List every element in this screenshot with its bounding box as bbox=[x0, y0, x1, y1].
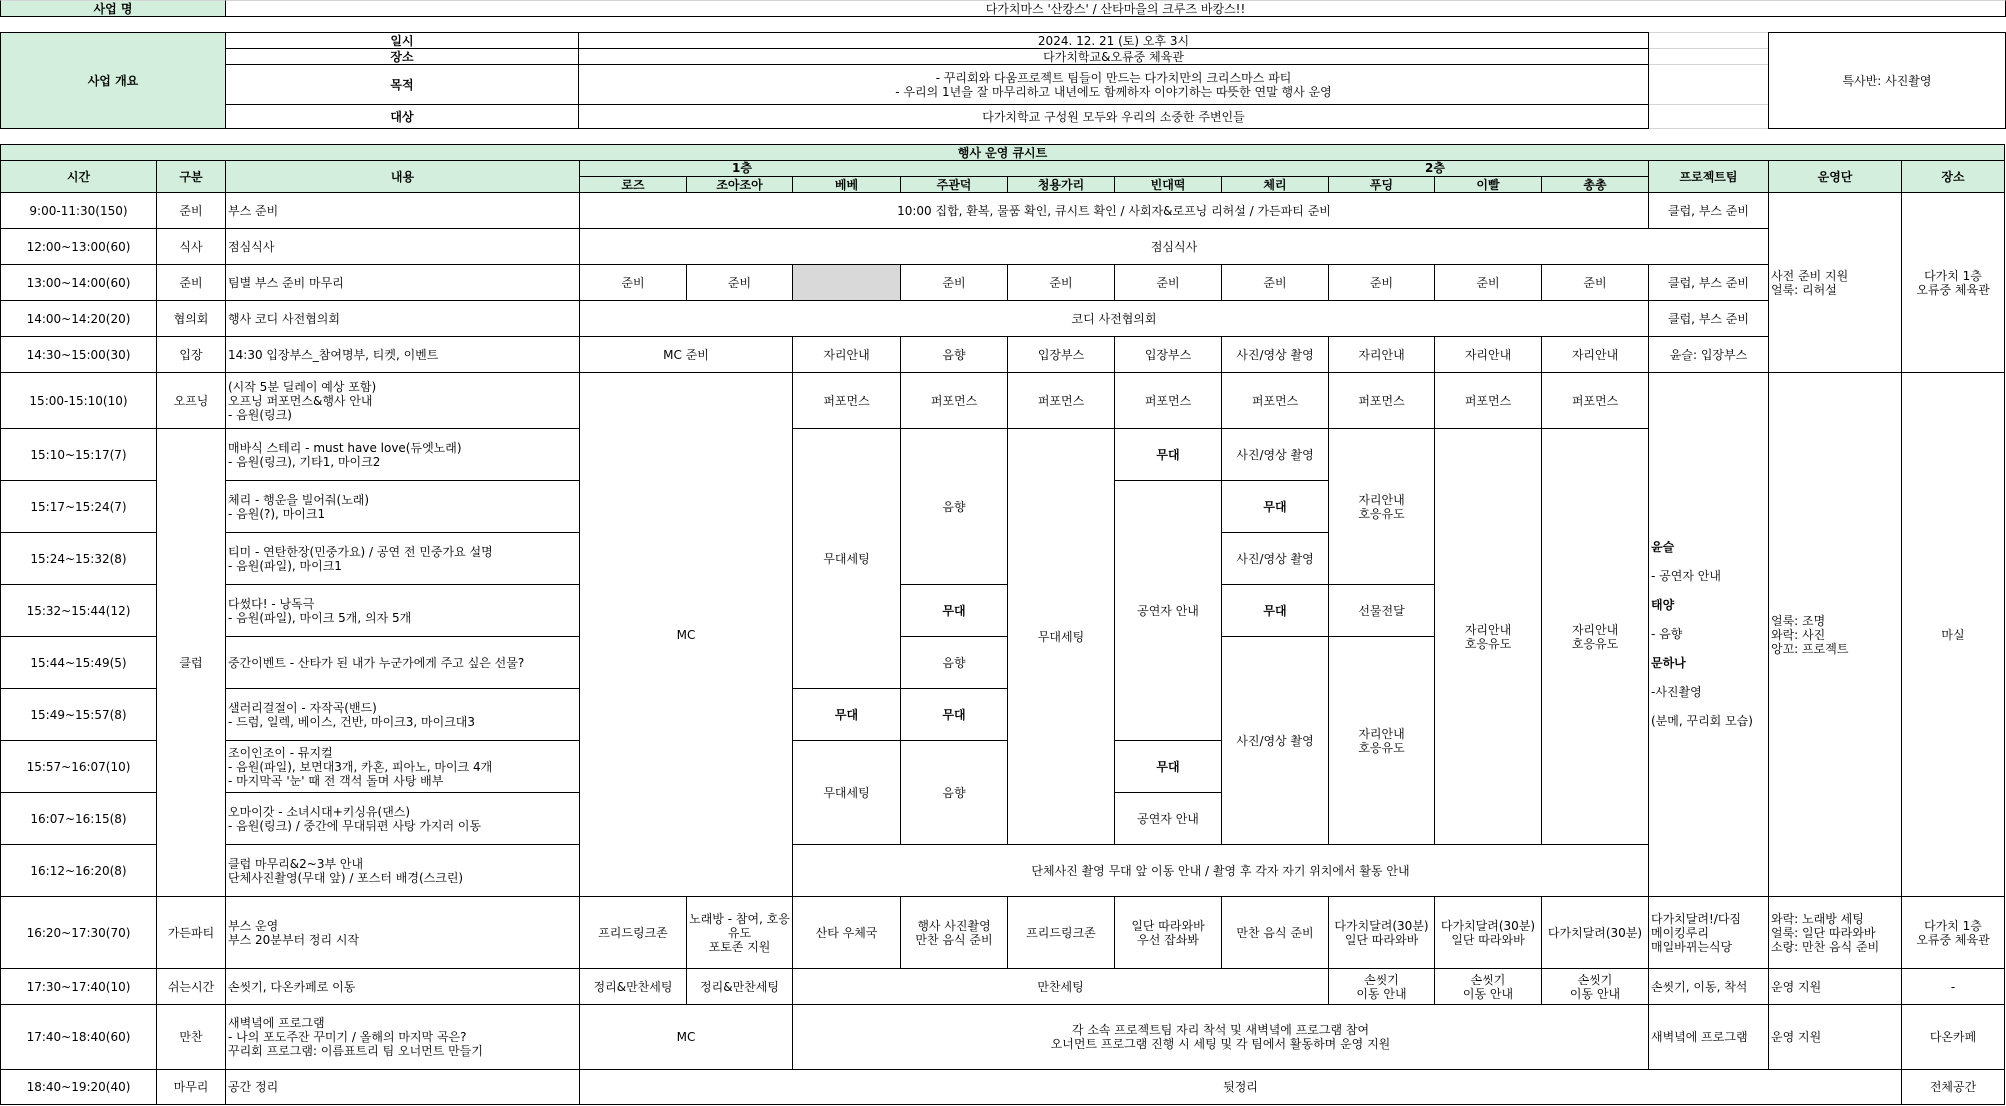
assignment-cell[interactable]: 무대세팅 bbox=[1008, 429, 1115, 845]
assignment-cell[interactable]: 자리안내 bbox=[793, 337, 901, 373]
assignment-cell[interactable]: 퍼포먼스 bbox=[793, 373, 901, 429]
time-cell[interactable]: 16:20~17:30(70) bbox=[1, 897, 157, 969]
assignment-cell[interactable]: 노래방 - 참여, 호응유도 포토존 지원 bbox=[687, 897, 793, 969]
category-cell[interactable]: 준비 bbox=[157, 265, 226, 301]
assignment-cell[interactable]: 사진/영상 촬영 bbox=[1222, 337, 1329, 373]
project-team-cell[interactable]: 클럽, 부스 준비 bbox=[1649, 301, 1769, 337]
time-cell[interactable]: 13:00~14:00(60) bbox=[1, 265, 157, 301]
member-role: - 음향 bbox=[1651, 627, 1753, 642]
header-project-team[interactable]: 프로젝트팀 bbox=[1649, 161, 1769, 193]
assignment-cell[interactable]: 자리안내 호응유도 bbox=[1329, 429, 1435, 585]
member-name: 문하나 bbox=[1651, 656, 1753, 671]
assignment-cell[interactable]: 음향 bbox=[901, 429, 1008, 585]
assignment-cell[interactable]: 무대세팅 bbox=[793, 741, 901, 845]
content-cell[interactable]: 새벽녘에 프로그램 - 나의 포도주잔 꾸미기 / 올해의 마지막 곡은? 꾸리… bbox=[226, 1005, 580, 1070]
header-team-joajoa[interactable]: 조아조아 bbox=[687, 177, 793, 193]
business-name-value[interactable]: 다가치마스 '산캉스' / 산타마을의 크루즈 바캉스!! bbox=[225, 0, 2006, 17]
assignment-cell[interactable]: 자리안내 호응유도 bbox=[1435, 429, 1542, 845]
header-time[interactable]: 시간 bbox=[1, 161, 157, 193]
content-cell[interactable]: 중간이벤트 - 산타가 된 내가 누군가에게 주고 싶은 선물? bbox=[226, 637, 580, 689]
assignment-cell[interactable]: 입장부스 bbox=[1008, 337, 1115, 373]
header-team-ippal[interactable]: 이빨 bbox=[1435, 177, 1542, 193]
empty-cell[interactable] bbox=[1649, 32, 1768, 49]
assignment-cell[interactable]: 준비 bbox=[1115, 265, 1222, 301]
assignment-cell[interactable]: 단체사진 촬영 무대 앞 이동 안내 / 촬영 후 각자 자기 위치에서 활동 … bbox=[793, 845, 1649, 897]
venue-cell[interactable]: - bbox=[1902, 969, 2005, 1005]
assignment-cell-stage[interactable]: 무대 bbox=[1222, 481, 1329, 533]
time-cell[interactable]: 15:24~15:32(8) bbox=[1, 533, 157, 585]
content-cell[interactable]: 부스 운영 부스 20분부터 정리 시작 bbox=[226, 897, 580, 969]
operations-cell[interactable]: 얼룩: 조명 와락: 사진 앙꼬: 프로젝트 bbox=[1769, 373, 1902, 897]
project-team-cell[interactable]: 다가치달려!/다짐 메이킹루리 매일바뀌는식당 bbox=[1649, 897, 1769, 969]
assignment-cell[interactable]: 뒷정리 bbox=[580, 1070, 1902, 1105]
category-cell[interactable]: 식사 bbox=[157, 229, 226, 265]
assignment-cell[interactable]: 자리안내 bbox=[1329, 337, 1435, 373]
content-cell[interactable]: 조이인조이 - 뮤지컬 - 음원(파일), 보면대3개, 카혼, 피아노, 마이… bbox=[226, 741, 580, 793]
assignment-cell[interactable]: 공연자 안내 bbox=[1115, 793, 1222, 845]
header-team-bebe[interactable]: 베베 bbox=[793, 177, 901, 193]
header-team-cheongyonggari[interactable]: 청용가리 bbox=[1008, 177, 1115, 193]
venue-cell[interactable]: 다온카페 bbox=[1902, 1005, 2005, 1070]
assignment-cell[interactable]: 음향 bbox=[901, 337, 1008, 373]
assignment-cell[interactable]: 준비 bbox=[1542, 265, 1649, 301]
assignment-cell[interactable]: 10:00 집합, 환복, 물품 확인, 큐시트 확인 / 사회자&로프닝 리허… bbox=[580, 193, 1649, 229]
assignment-cell[interactable]: 퍼포먼스 bbox=[1329, 373, 1435, 429]
header-team-rose[interactable]: 로즈 bbox=[580, 177, 687, 193]
member-role: -사진촬영 bbox=[1651, 685, 1753, 700]
assignment-cell[interactable]: 프리드링크존 bbox=[1008, 897, 1115, 969]
time-cell[interactable]: 15:10~15:17(7) bbox=[1, 429, 157, 481]
venue-cell[interactable]: 전체공간 bbox=[1902, 1070, 2005, 1105]
time-cell[interactable]: 15:49~15:57(8) bbox=[1, 689, 157, 741]
operations-cell[interactable]: 운영 지원 bbox=[1769, 1005, 1902, 1070]
assignment-cell[interactable]: 손씻기 이동 안내 bbox=[1435, 969, 1542, 1005]
category-cell[interactable]: 클럽 bbox=[157, 429, 226, 897]
assignment-cell[interactable]: 무대세팅 bbox=[793, 429, 901, 689]
assignment-cell[interactable]: 준비 bbox=[1435, 265, 1542, 301]
category-cell[interactable]: 만찬 bbox=[157, 1005, 226, 1070]
time-cell[interactable]: 14:00~14:20(20) bbox=[1, 301, 157, 337]
assignment-cell-stage[interactable]: 무대 bbox=[1115, 429, 1222, 481]
project-team-cell[interactable]: 손씻기, 이동, 착석 bbox=[1649, 969, 1769, 1005]
content-cell[interactable]: (시작 5분 딜레이 예상 포함) 오프닝 퍼포먼스&행사 안내 - 음원(링크… bbox=[226, 373, 580, 429]
venue-cell[interactable]: 다가치 1층 오류중 체육관 bbox=[1902, 193, 2005, 373]
content-cell[interactable]: 클럽 마무리&2~3부 안내 단체사진촬영(무대 앞) / 포스터 배경(스크린… bbox=[226, 845, 580, 897]
assignment-cell[interactable]: 음향 bbox=[901, 741, 1008, 845]
assignment-cell-stage[interactable]: 무대 bbox=[901, 689, 1008, 741]
assignment-cell[interactable]: 입장부스 bbox=[1115, 337, 1222, 373]
assignment-cell[interactable]: 음향 bbox=[901, 637, 1008, 689]
assignment-cell[interactable]: 다가치달려(30분) 일단 따라와바 bbox=[1435, 897, 1542, 969]
assignment-cell[interactable]: 준비 bbox=[580, 265, 687, 301]
assignment-cell[interactable]: 선물전달 bbox=[1329, 585, 1435, 637]
assignment-cell[interactable]: 사진/영상 촬영 bbox=[1222, 533, 1329, 585]
venue-cell[interactable]: 다가치 1층 오류중 체육관 bbox=[1902, 897, 2005, 969]
header-floors[interactable]: 1층 2층 bbox=[580, 161, 1649, 177]
assignment-cell-stage[interactable]: 무대 bbox=[901, 585, 1008, 637]
assignment-cell[interactable]: 손씻기 이동 안내 bbox=[1542, 969, 1649, 1005]
content-cell[interactable]: 오마이갓 - 소녀시대+키싱유(댄스) - 음원(링크) / 중간에 무대뒤편 … bbox=[226, 793, 580, 845]
project-team-cell[interactable]: 윤슬 - 공연자 안내 태양 - 음향 문하나 -사진촬영 (분메, 꾸리회 모… bbox=[1649, 373, 1769, 897]
header-category[interactable]: 구분 bbox=[157, 161, 226, 193]
category-cell[interactable]: 입장 bbox=[157, 337, 226, 373]
member-name: 태양 bbox=[1651, 598, 1753, 613]
assignment-cell[interactable]: MC 준비 bbox=[580, 337, 793, 373]
assignment-cell[interactable]: 코디 사전협의회 bbox=[580, 301, 1649, 337]
operations-cell[interactable]: 운영 지원 bbox=[1769, 969, 1902, 1005]
assignment-cell[interactable]: 공연자 안내 bbox=[1115, 481, 1222, 741]
project-team-notes: 윤슬 - 공연자 안내 태양 - 음향 문하나 -사진촬영 (분메, 꾸리회 모… bbox=[1651, 526, 1753, 743]
time-cell[interactable]: 15:17~15:24(7) bbox=[1, 481, 157, 533]
assignment-cell[interactable]: 다가치달려(30분) 일단 따라와바 bbox=[1329, 897, 1435, 969]
category-cell[interactable]: 가든파티 bbox=[157, 897, 226, 969]
cue-sheet-title: 행사 운영 큐시트 bbox=[1, 145, 2005, 161]
category-cell[interactable]: 오프닝 bbox=[157, 373, 226, 429]
assignment-cell[interactable]: 만찬 음식 준비 bbox=[1222, 897, 1329, 969]
content-cell[interactable]: 티미 - 연탄한장(민중가요) / 공연 전 민중가요 설명 - 음원(파일),… bbox=[226, 533, 580, 585]
project-team-cell[interactable]: 윤슬: 입장부스 bbox=[1649, 337, 1769, 373]
project-team-cell[interactable]: 클럽, 부스 준비 bbox=[1649, 265, 1769, 301]
header-team-bindaetteok[interactable]: 빈대떡 bbox=[1115, 177, 1222, 193]
assignment-cell[interactable]: 정리&만찬세팅 bbox=[687, 969, 793, 1005]
assignment-cell[interactable]: 일단 따라와바 우선 잡솨봐 bbox=[1115, 897, 1222, 969]
assignment-cell-stage[interactable]: 무대 bbox=[793, 689, 901, 741]
assignment-cell[interactable]: 자리안내 bbox=[1542, 337, 1649, 373]
time-cell[interactable]: 15:32~15:44(12) bbox=[1, 585, 157, 637]
content-cell[interactable]: 손씻기, 다온카페로 이동 bbox=[226, 969, 580, 1005]
assignment-cell[interactable]: 자리안내 호응유도 bbox=[1542, 429, 1649, 845]
content-cell[interactable]: 행사 코디 사전협의회 bbox=[226, 301, 580, 337]
project-team-cell[interactable]: 새벽녘에 프로그램 bbox=[1649, 1005, 1769, 1070]
category-cell[interactable]: 쉬는시간 bbox=[157, 969, 226, 1005]
category-cell[interactable]: 준비 bbox=[157, 193, 226, 229]
assignment-cell[interactable]: 자리안내 bbox=[1435, 337, 1542, 373]
time-cell[interactable]: 14:30~15:00(30) bbox=[1, 337, 157, 373]
assignment-cell[interactable]: 준비 bbox=[687, 265, 793, 301]
project-team-cell[interactable]: 클럽, 부스 준비 bbox=[1649, 193, 1769, 229]
empty-cell[interactable] bbox=[1649, 104, 1768, 129]
content-cell[interactable]: 다썼다! - 낭독극 - 음원(파일), 마이크 5개, 의자 5개 bbox=[226, 585, 580, 637]
assignment-cell[interactable]: 손씻기 이동 안내 bbox=[1329, 969, 1435, 1005]
time-cell[interactable]: 15:57~16:07(10) bbox=[1, 741, 157, 793]
assignment-cell[interactable]: 프리드링크존 bbox=[580, 897, 687, 969]
assignment-cell[interactable]: 퍼포먼스 bbox=[1435, 373, 1542, 429]
assignment-cell[interactable]: 준비 bbox=[1008, 265, 1115, 301]
assignment-cell[interactable]: 점심식사 bbox=[580, 229, 1769, 265]
header-venue[interactable]: 장소 bbox=[1902, 161, 2005, 193]
overview-place-value[interactable]: 다가치학교&오류중 체육관 bbox=[578, 48, 1649, 65]
time-cell[interactable]: 16:07~16:15(8) bbox=[1, 793, 157, 845]
business-name-label: 사업 명 bbox=[0, 0, 226, 17]
category-cell[interactable]: 협의회 bbox=[157, 301, 226, 337]
assignment-cell[interactable]: 퍼포먼스 bbox=[1008, 373, 1115, 429]
cue-sheet-table: 행사 운영 큐시트 시간 구분 내용 1층 2층 프로젝트팀 운영단 장소 로즈… bbox=[0, 144, 2005, 1105]
time-cell[interactable]: 15:44~15:49(5) bbox=[1, 637, 157, 689]
member-name: 윤슬 bbox=[1651, 540, 1753, 555]
time-cell[interactable]: 12:00~13:00(60) bbox=[1, 229, 157, 265]
content-cell[interactable]: 샐러리걸절이 - 자작곡(밴드) - 드럼, 일렉, 베이스, 건반, 마이크3… bbox=[226, 689, 580, 741]
assignment-cell-mc[interactable]: MC bbox=[580, 373, 793, 897]
assignment-cell[interactable]: 정리&만찬세팅 bbox=[580, 969, 687, 1005]
header-team-chongchong[interactable]: 총총 bbox=[1542, 177, 1649, 193]
time-cell[interactable]: 18:40~19:20(40) bbox=[1, 1070, 157, 1105]
overview-purpose-value[interactable]: - 꾸리회와 다움프로젝트 팀들이 만드는 다가치만의 크리스마스 파티 - 우… bbox=[578, 64, 1649, 105]
time-cell[interactable]: 9:00-11:30(150) bbox=[1, 193, 157, 229]
header-team-pudding[interactable]: 푸딩 bbox=[1329, 177, 1435, 193]
assignment-cell-stage[interactable]: 무대 bbox=[1115, 741, 1222, 793]
category-cell[interactable]: 마무리 bbox=[157, 1070, 226, 1105]
header-team-jugwandeok[interactable]: 주관덕 bbox=[901, 177, 1008, 193]
assignment-cell-stage[interactable]: 무대 bbox=[1222, 585, 1329, 637]
content-cell[interactable]: 점심식사 bbox=[226, 229, 580, 265]
overview-date-label: 일시 bbox=[225, 32, 579, 49]
content-cell[interactable]: 체리 - 행운을 빌어줘(노래) - 음원(?), 마이크1 bbox=[226, 481, 580, 533]
venue-cell[interactable]: 마실 bbox=[1902, 373, 2005, 897]
assignment-cell-mc[interactable]: MC bbox=[580, 1005, 793, 1070]
overview-target-label: 대상 bbox=[225, 104, 579, 129]
assignment-cell[interactable]: 퍼포먼스 bbox=[901, 373, 1008, 429]
overview-date-value[interactable]: 2024. 12. 21 (토) 오후 3시 bbox=[578, 32, 1649, 49]
content-cell[interactable]: 매바식 스테리 - must have love(듀엣노래) - 음원(링크),… bbox=[226, 429, 580, 481]
time-cell[interactable]: 17:40~18:40(60) bbox=[1, 1005, 157, 1070]
assignment-cell[interactable]: 준비 bbox=[901, 265, 1008, 301]
operations-cell[interactable]: 와락: 노래방 세팅 얼룩: 일단 따라와바 소랑: 만찬 음식 준비 bbox=[1769, 897, 1902, 969]
member-role: - 공연자 안내 bbox=[1651, 569, 1753, 584]
assignment-cell[interactable]: 산타 우체국 bbox=[793, 897, 901, 969]
overview-purpose-label: 목적 bbox=[225, 64, 579, 105]
content-cell[interactable]: 팀별 부스 준비 마무리 bbox=[226, 265, 580, 301]
overview-target-value[interactable]: 다가치학교 구성원 모두와 우리의 소중한 주변인들 bbox=[578, 104, 1649, 129]
assignment-cell[interactable]: 준비 bbox=[1222, 265, 1329, 301]
time-cell[interactable]: 15:00-15:10(10) bbox=[1, 373, 157, 429]
header-floor-2: 2층 bbox=[1425, 161, 1445, 176]
assignment-cell[interactable]: 다가치달려(30분) bbox=[1542, 897, 1649, 969]
content-cell[interactable]: 부스 준비 bbox=[226, 193, 580, 229]
assignment-cell[interactable]: 만찬세팅 bbox=[793, 969, 1329, 1005]
empty-cell[interactable] bbox=[1649, 48, 1768, 65]
header-floor-1: 1층 bbox=[732, 161, 752, 176]
content-cell[interactable]: 14:30 입장부스_참여명부, 티켓, 이벤트 bbox=[226, 337, 580, 373]
time-cell[interactable]: 16:12~16:20(8) bbox=[1, 845, 157, 897]
header-content[interactable]: 내용 bbox=[226, 161, 580, 193]
header-team-cherry[interactable]: 체리 bbox=[1222, 177, 1329, 193]
member-role-note: (분메, 꾸리회 모습) bbox=[1651, 714, 1753, 729]
time-cell[interactable]: 17:30~17:40(10) bbox=[1, 969, 157, 1005]
header-operations[interactable]: 운영단 bbox=[1769, 161, 1902, 193]
business-overview-label: 사업 개요 bbox=[0, 32, 226, 129]
assignment-cell[interactable]: 퍼포먼스 bbox=[1542, 373, 1649, 429]
overview-place-label: 장소 bbox=[225, 48, 579, 65]
special-team-note[interactable]: 특사반: 사진촬영 bbox=[1768, 32, 2006, 129]
assignment-cell-empty[interactable] bbox=[793, 265, 901, 301]
content-cell[interactable]: 공간 정리 bbox=[226, 1070, 580, 1105]
assignment-cell[interactable]: 퍼포먼스 bbox=[1222, 373, 1329, 429]
assignment-cell[interactable]: 퍼포먼스 bbox=[1115, 373, 1222, 429]
operations-cell[interactable]: 사전 준비 지원 얼룩: 리허설 bbox=[1769, 193, 1902, 373]
assignment-cell[interactable]: 사진/영상 촬영 bbox=[1222, 637, 1329, 845]
assignment-cell[interactable]: 사진/영상 촬영 bbox=[1222, 429, 1329, 481]
assignment-cell[interactable]: 각 소속 프로젝트팀 자리 착석 및 새벽녘에 프로그램 참여 오너먼트 프로그… bbox=[793, 1005, 1649, 1070]
assignment-cell[interactable]: 행사 사진촬영 만찬 음식 준비 bbox=[901, 897, 1008, 969]
assignment-cell[interactable]: 자리안내 호응유도 bbox=[1329, 637, 1435, 845]
assignment-cell[interactable]: 준비 bbox=[1329, 265, 1435, 301]
empty-cell[interactable] bbox=[1649, 64, 1768, 105]
